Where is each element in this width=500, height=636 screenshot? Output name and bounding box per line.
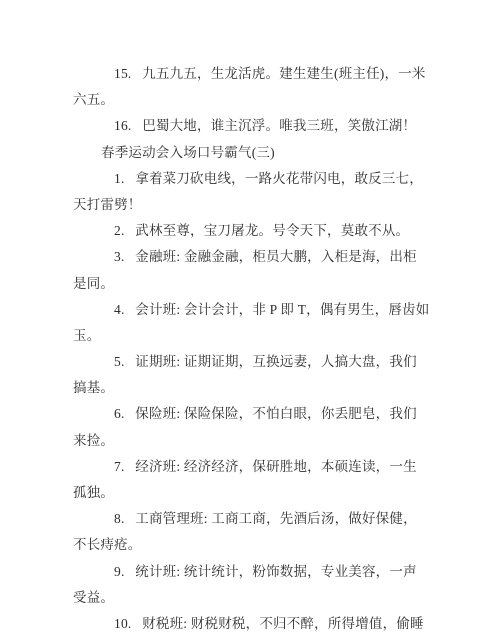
text-line: 孤独。 <box>0 480 500 506</box>
text-line: 4. 会计班: 会计会计，非 P 即 T，偶有男生，唇齿如 <box>0 297 500 323</box>
document-page: 15. 九五九五，生龙活虎。建生建生(班主任)，一米六五。16. 巴蜀大地，谁主… <box>0 0 500 636</box>
text-line: 玉。 <box>0 323 500 349</box>
section-title: 春季运动会入场口号霸气(三) <box>0 140 500 166</box>
text-line: 六五。 <box>0 87 500 113</box>
text-line: 16. 巴蜀大地，谁主沉浮。唯我三班，笑傲江湖！ <box>0 113 500 139</box>
text-line: 7. 经济班: 经济经济，保研胜地，本硕连读，一生 <box>0 454 500 480</box>
text-line: 2. 武林至尊，宝刀屠龙。号令天下，莫敢不从。 <box>0 218 500 244</box>
text-line: 搞基。 <box>0 375 500 401</box>
text-line: 不长痔疮。 <box>0 532 500 558</box>
text-line: 9. 统计班: 统计统计，粉饰数据，专业美容，一声 <box>0 559 500 585</box>
text-line: 受益。 <box>0 585 500 611</box>
text-line: 3. 金融班: 金融金融，柜员大鹏，入柜是海，出柜 <box>0 244 500 270</box>
text-line: 10. 财税班: 财税财税，不归不醉，所得增值，偷睡 <box>0 611 500 636</box>
text-line: 15. 九五九五，生龙活虎。建生建生(班主任)，一米 <box>0 61 500 87</box>
text-line: 来捡。 <box>0 428 500 454</box>
text-line: 是同。 <box>0 271 500 297</box>
text-line: 天打雷劈！ <box>0 192 500 218</box>
text-lines: 15. 九五九五，生龙活虎。建生建生(班主任)，一米六五。16. 巴蜀大地，谁主… <box>0 0 500 636</box>
text-line: 6. 保险班: 保险保险，不怕白眼，你丢肥皂，我们 <box>0 401 500 427</box>
text-line: 5. 证期班: 证期证期，互换远妻，人搞大盘，我们 <box>0 349 500 375</box>
text-line: 1. 拿着菜刀砍电线，一路火花带闪电，敢反三七， <box>0 166 500 192</box>
text-line: 8. 工商管理班: 工商工商，先酒后汤，做好保健， <box>0 506 500 532</box>
